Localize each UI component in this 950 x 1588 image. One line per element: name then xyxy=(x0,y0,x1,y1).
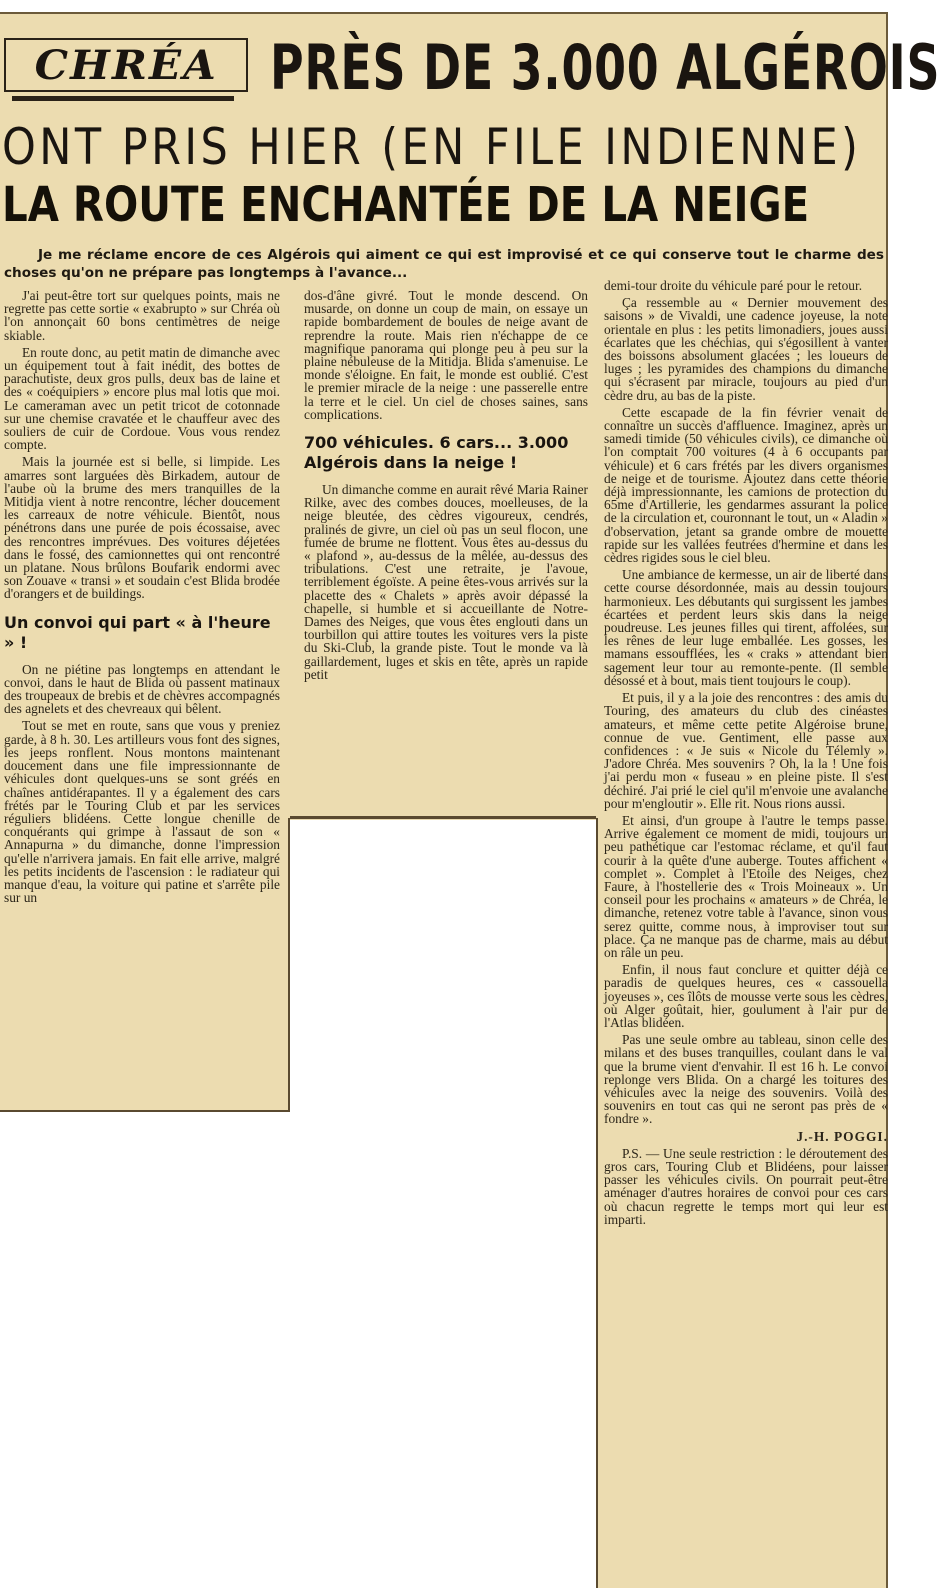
article-column-2: dos-d'âne givré. Tout le monde descend. … xyxy=(304,289,588,685)
paragraph: J'ai peut-être tort sur quelques points,… xyxy=(4,289,280,342)
paragraph: Et ainsi, d'un groupe à l'autre le temps… xyxy=(604,814,888,959)
paragraph: On ne piétine pas longtemps en attendant… xyxy=(4,663,280,716)
cut-edge xyxy=(290,816,596,819)
headline-secondary: ONT PRIS HIER (EN FILE INDIENNE) xyxy=(2,118,861,176)
paragraph: Tout se met en route, sans que vous y pr… xyxy=(4,719,280,904)
author-signature: J.-H. POGGI. xyxy=(604,1130,888,1143)
subheading: 700 véhicules. 6 cars... 3.000 Algérois … xyxy=(304,433,588,473)
paragraph: Un dimanche comme en aurait rêvé Maria R… xyxy=(304,483,588,681)
paragraph: Pas une seule ombre au tableau, sinon ce… xyxy=(604,1033,888,1125)
paragraph: Mais la journée est si belle, si limpide… xyxy=(4,455,280,600)
paragraph: Et puis, il y a la joie des rencontres :… xyxy=(604,691,888,810)
article-column-3: demi-tour droite du véhicule paré pour l… xyxy=(604,279,888,1230)
paragraph: demi-tour droite du véhicule paré pour l… xyxy=(604,279,888,292)
headline-main: PRÈS DE 3.000 ALGÉROIS xyxy=(270,28,729,108)
kicker-underline xyxy=(12,96,234,101)
section-kicker: CHRÉA xyxy=(34,42,217,89)
article-column-1: J'ai peut-être tort sur quelques points,… xyxy=(4,289,280,908)
paragraph: Une ambiance de kermesse, un air de libe… xyxy=(604,568,888,687)
postscript: P.S. — Une seule restriction : le dérout… xyxy=(604,1147,888,1226)
paragraph: Enfin, il nous faut conclure et quitter … xyxy=(604,963,888,1029)
paragraph: En route donc, au petit matin de dimanch… xyxy=(4,346,280,452)
paragraph: Ça ressemble au « Dernier mouvement des … xyxy=(604,296,888,402)
section-kicker-box: CHRÉA xyxy=(4,38,248,92)
paragraph: Cette escapade de la fin février venait … xyxy=(604,406,888,564)
subheading: Un convoi qui part « à l'heure » ! xyxy=(4,613,280,653)
headline-tertiary: LA ROUTE ENCHANTÉE DE LA NEIGE xyxy=(2,176,809,234)
paragraph: dos-d'âne givré. Tout le monde descend. … xyxy=(304,289,588,421)
article-lede: Je me réclame encore de ces Algérois qui… xyxy=(4,246,884,282)
